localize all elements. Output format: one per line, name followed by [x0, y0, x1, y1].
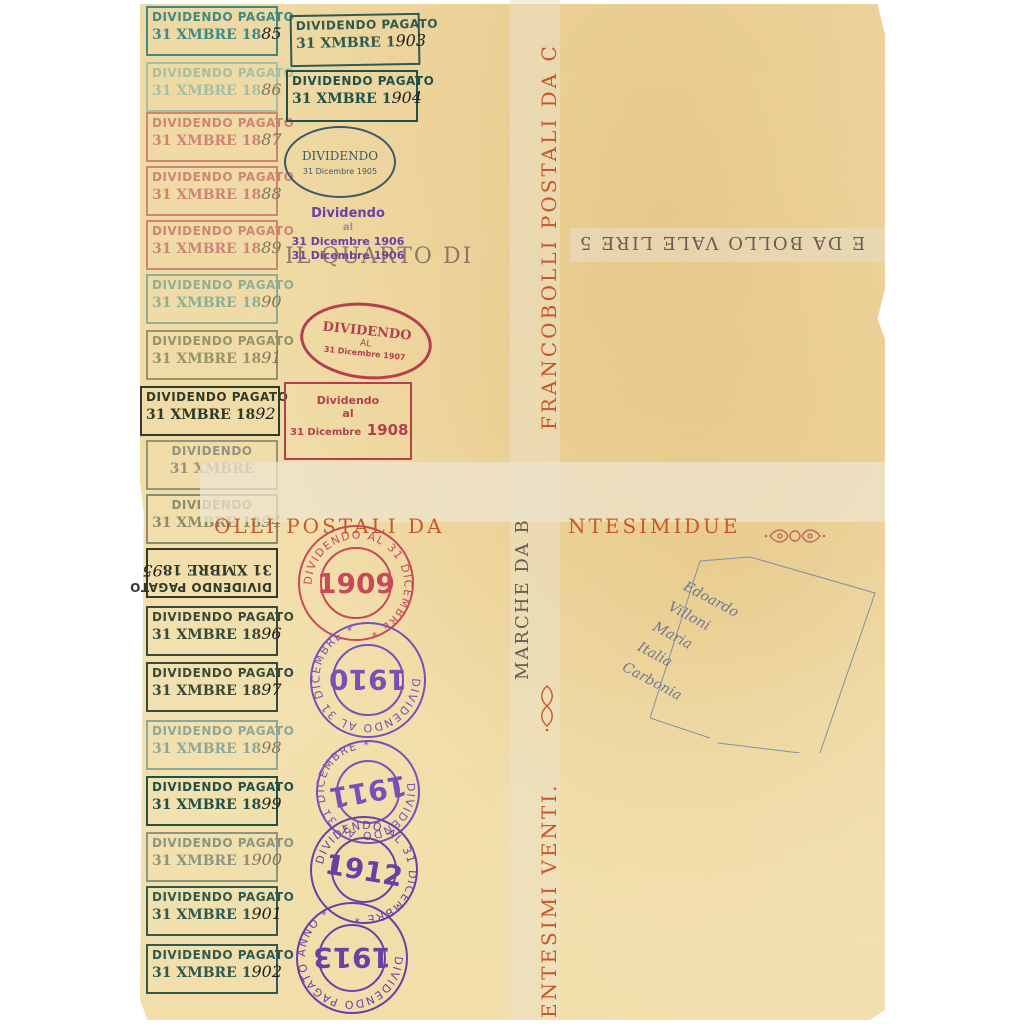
stamp-date: 31 Dicembre 1905 — [303, 167, 377, 176]
printed-text-bollo-vale: E DA BOLLO VALE LIRE 5 — [578, 232, 878, 253]
handwritten-year: 85 — [261, 24, 281, 43]
printed-text-due: DUE — [684, 514, 741, 538]
stamp-date: 31 XMBRE 1 — [296, 35, 396, 53]
stamp-1908: Dividendo al 31 Dicembre 1908 — [284, 382, 412, 460]
stamp-label: DIVIDENDO PAGATO — [152, 580, 272, 594]
handwritten-year: 89 — [261, 238, 281, 257]
dividend-stamp-1886: DIVIDENDO PAGATO31 XMBRE 1886 — [146, 62, 278, 112]
stamp-date: 31 XMBRE 18 — [146, 407, 255, 423]
svg-text:DIVIDENDO PAGATO ANNO *: DIVIDENDO PAGATO ANNO * — [295, 907, 405, 1011]
handwritten-year: 98 — [261, 738, 281, 757]
stamp-label: DIVIDENDO PAGATO — [152, 890, 272, 904]
stamp-date: 31 Dicembre — [290, 427, 361, 438]
pencil-note: EdoardoVilloniMariaItaliaCarbonia — [650, 553, 878, 753]
stamp-label: DIVIDENDO PAGATO — [152, 278, 272, 292]
stamp-label: DIVIDENDO — [302, 149, 378, 163]
stamp-al: al — [288, 222, 408, 235]
dividend-stamp-1889: DIVIDENDO PAGATO31 XMBRE 1889 — [146, 220, 278, 270]
stamp-date: 31 XMBRE 18 — [152, 187, 261, 203]
handwritten-year: 95 — [142, 561, 162, 580]
dividend-stamp-1888: DIVIDENDO PAGATO31 XMBRE 1888 — [146, 166, 278, 216]
dividend-stamp-1900: DIVIDENDO PAGATO31 XMBRE 1900 — [146, 832, 278, 882]
stamp-label: DIVIDENDO — [152, 444, 272, 458]
stamp-label: Dividendo — [290, 394, 406, 407]
handwritten-year: 99 — [261, 794, 281, 813]
stamp-date: 31 XMBRE 18 — [152, 797, 261, 813]
stamp-date: 31 XMBRE 1 — [152, 965, 251, 981]
circular-stamp-1910: 1910DIVIDENDO AL 31 DICEMBRE * — [310, 622, 426, 738]
dividend-stamp-1892: DIVIDENDO PAGATO31 XMBRE 1892 — [140, 386, 280, 436]
stamp-date: 31 XMBRE 18 — [152, 83, 261, 99]
handwritten-year: 904 — [391, 88, 422, 107]
dividend-stamp-1897: DIVIDENDO PAGATO31 XMBRE 1897 — [146, 662, 278, 712]
handwritten-year: 92 — [255, 404, 275, 423]
stamp-date: 31 XMBRE 1 — [152, 907, 251, 923]
dividend-stamp-1899: DIVIDENDO PAGATO31 XMBRE 1899 — [146, 776, 278, 826]
stamp-label: DIVIDENDO PAGATO — [152, 780, 272, 794]
stamp-al: al — [290, 407, 406, 420]
handwritten-year: 903 — [395, 31, 426, 51]
printed-text-centesimi: NTESIMI — [568, 514, 684, 538]
dividend-stamp-1896: DIVIDENDO PAGATO31 XMBRE 1896 — [146, 606, 278, 656]
circular-stamp-1913: 1913DIVIDENDO PAGATO ANNO * — [296, 902, 408, 1014]
stamp-date: 31 XMBRE 18 — [152, 295, 261, 311]
dividend-stamp-1887: DIVIDENDO PAGATO31 XMBRE 1887 — [146, 112, 278, 162]
stamp-label: DIVIDENDO PAGATO — [152, 836, 272, 850]
stamp-label: DIVIDENDO PAGATO — [146, 390, 274, 404]
ornament-icon — [764, 526, 826, 546]
handwritten-year: 96 — [261, 624, 281, 643]
stamp-label: Dividendo — [288, 206, 408, 222]
stamp-date: 31 XMBRE 18 — [163, 561, 272, 577]
stamp-1904: DIVIDENDO PAGATO 31 XMBRE 1904 — [286, 70, 418, 122]
stamp-label: DIVIDENDO PAGATO — [152, 66, 272, 80]
stamp-date: 31 XMBRE 18 — [152, 741, 261, 757]
handwritten-year: 87 — [261, 130, 281, 149]
svg-text:DIVIDENDO AL 31 DICEMBRE *: DIVIDENDO AL 31 DICEMBRE * — [310, 623, 423, 734]
dividend-stamp-1902: DIVIDENDO PAGATO31 XMBRE 1902 — [146, 944, 278, 994]
handwritten-year: 88 — [261, 184, 281, 203]
printed-text-francobolli: FRANCOBOLLI POSTALI DA C — [537, 43, 561, 430]
printed-text-venti: ENTESIMI VENTI. — [537, 782, 561, 1018]
dividend-stamp-1901: DIVIDENDO PAGATO31 XMBRE 1901 — [146, 886, 278, 936]
ornament-vertical-icon — [538, 682, 556, 732]
dividend-stamp-1890: DIVIDENDO PAGATO31 XMBRE 1890 — [146, 274, 278, 324]
handwritten-year: 901 — [251, 904, 282, 923]
stamp-label: DIVIDENDO PAGATO — [152, 948, 272, 962]
stamp-date: 31 XMBRE 18 — [152, 27, 261, 43]
handwritten-year: 902 — [251, 962, 282, 981]
stamp-label: DIVIDENDO PAGATO — [152, 224, 272, 238]
dividend-stamp-1898: DIVIDENDO PAGATO31 XMBRE 1898 — [146, 720, 278, 770]
stamp-date: 31 XMBRE 18 — [152, 241, 261, 257]
dividend-stamp-1885: DIVIDENDO PAGATO31 XMBRE 1885 — [146, 6, 278, 56]
stamp-date: 31 XMBRE 18 — [152, 133, 261, 149]
handwritten-year: 97 — [261, 680, 281, 699]
stamp-label: DIVIDENDO PAGATO — [152, 10, 272, 24]
stamp-label: DIVIDENDO PAGATO — [292, 74, 412, 88]
handwritten-year: 86 — [261, 80, 281, 99]
stamp-date: 31 XMBRE 1 — [292, 91, 391, 107]
stamp-label: DIVIDENDO PAGATO — [152, 666, 272, 680]
stamp-label: DIVIDENDO PAGATO — [152, 724, 272, 738]
stamp-date: 31 XMBRE 1 — [152, 853, 251, 869]
stamp-1903: DIVIDENDO PAGATO 31 XMBRE 1903 — [290, 13, 421, 67]
stamp-1905-oval: DIVIDENDO 31 Dicembre 1905 — [284, 126, 396, 198]
stamp-label: DIVIDENDO PAGATO — [152, 610, 272, 624]
stamp-year: 1908 — [367, 421, 409, 439]
printed-text-marche: MARCHE DA B — [512, 518, 533, 680]
horizontal-tape — [200, 462, 885, 522]
stamp-label: DIVIDENDO PAGATO — [152, 334, 272, 348]
printed-quarter-text: IL QUARTO DI — [285, 244, 473, 269]
dividend-stamp-1891: DIVIDENDO PAGATO31 XMBRE 1891 — [146, 330, 278, 380]
handwritten-year: 90 — [261, 292, 281, 311]
stamp-date: 31 XMBRE 18 — [152, 683, 261, 699]
stamp-date: 31 XMBRE 18 — [152, 627, 261, 643]
dividend-stamp-1895: DIVIDENDO PAGATO31 XMBRE 1895 — [146, 548, 278, 598]
stamp-label: DIVIDENDO PAGATO — [152, 116, 272, 130]
handwritten-year: 91 — [261, 348, 281, 367]
stamp-date: 31 XMBRE 18 — [152, 351, 261, 367]
handwritten-year: 900 — [251, 850, 282, 869]
stamp-label: DIVIDENDO PAGATO — [152, 170, 272, 184]
